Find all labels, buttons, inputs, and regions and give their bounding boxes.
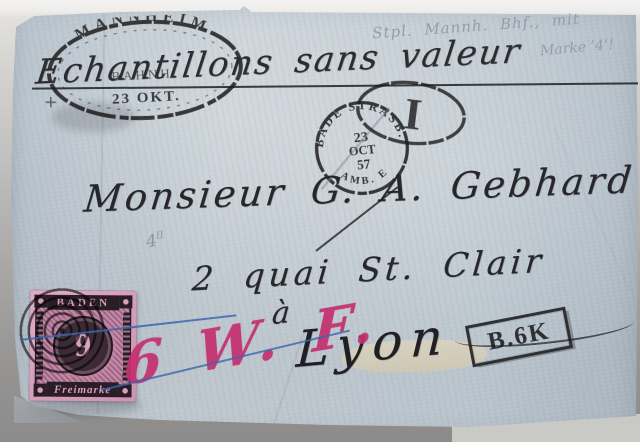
pencil-rate-sup: II — [155, 230, 165, 242]
margin-cross-mark: + — [44, 92, 57, 111]
stamp-corner-rosette — [34, 384, 47, 397]
pencil-rate-mark: 4II — [144, 230, 166, 253]
oval-letter-glyph: I — [401, 88, 424, 140]
origin-date-text: 23 OKT. — [112, 88, 181, 108]
stamp-corner-rosette — [119, 295, 132, 308]
oval-letter-postmark: I — [348, 71, 474, 155]
photo-of-postal-cover: MANNHEIM BAHNH. 23 OKT. Echantillons san… — [0, 0, 640, 442]
